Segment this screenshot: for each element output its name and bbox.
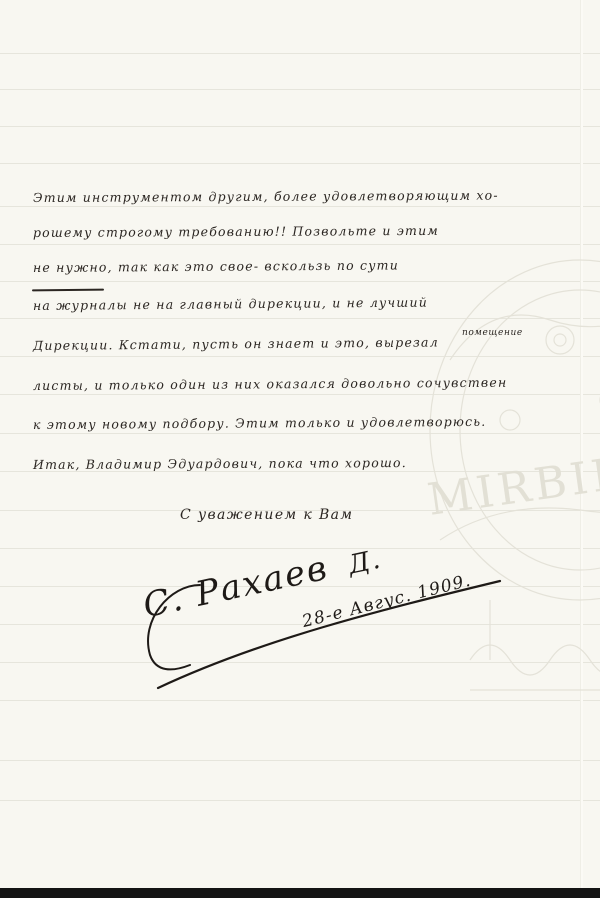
letter-line-7: к этому новому подбору. Этим только и уд… [33, 414, 487, 432]
ruled-line [0, 126, 600, 127]
underline-mark [32, 289, 104, 292]
closing-salutation: С уважением к Вам [180, 507, 353, 523]
watermark-emblem-icon: MIRBIEL [410, 240, 600, 760]
ruled-line [0, 800, 600, 801]
ruled-line [0, 760, 600, 761]
ruled-line [0, 206, 600, 207]
scan-bottom-edge [0, 888, 600, 898]
letter-line-4: на журналы не на главный дирекции, и не … [33, 295, 428, 313]
letter-line-1: Этим инструментом другим, более удовлетв… [33, 188, 499, 205]
svg-text:MIRBIEL: MIRBIEL [424, 443, 600, 526]
letter-page: MIRBIEL Этим инструментом другим, более … [0, 0, 600, 888]
letter-line-8: Итак, Владимир Эдуардович, пока что хоро… [33, 455, 407, 472]
ruled-line [0, 163, 600, 164]
ruled-line [0, 53, 600, 54]
interlinear-insertion: помещение [462, 328, 523, 338]
letter-line-2: рошему строгому требованию!! Позвольте и… [33, 223, 439, 240]
letter-line-5: Дирекции. Кстати, пусть он знает и это, … [33, 334, 439, 353]
ruled-line [0, 89, 600, 90]
letter-line-3: не нужно, так как это свое- вскользь по … [33, 257, 399, 275]
signature-flourish: Д. [346, 544, 385, 580]
